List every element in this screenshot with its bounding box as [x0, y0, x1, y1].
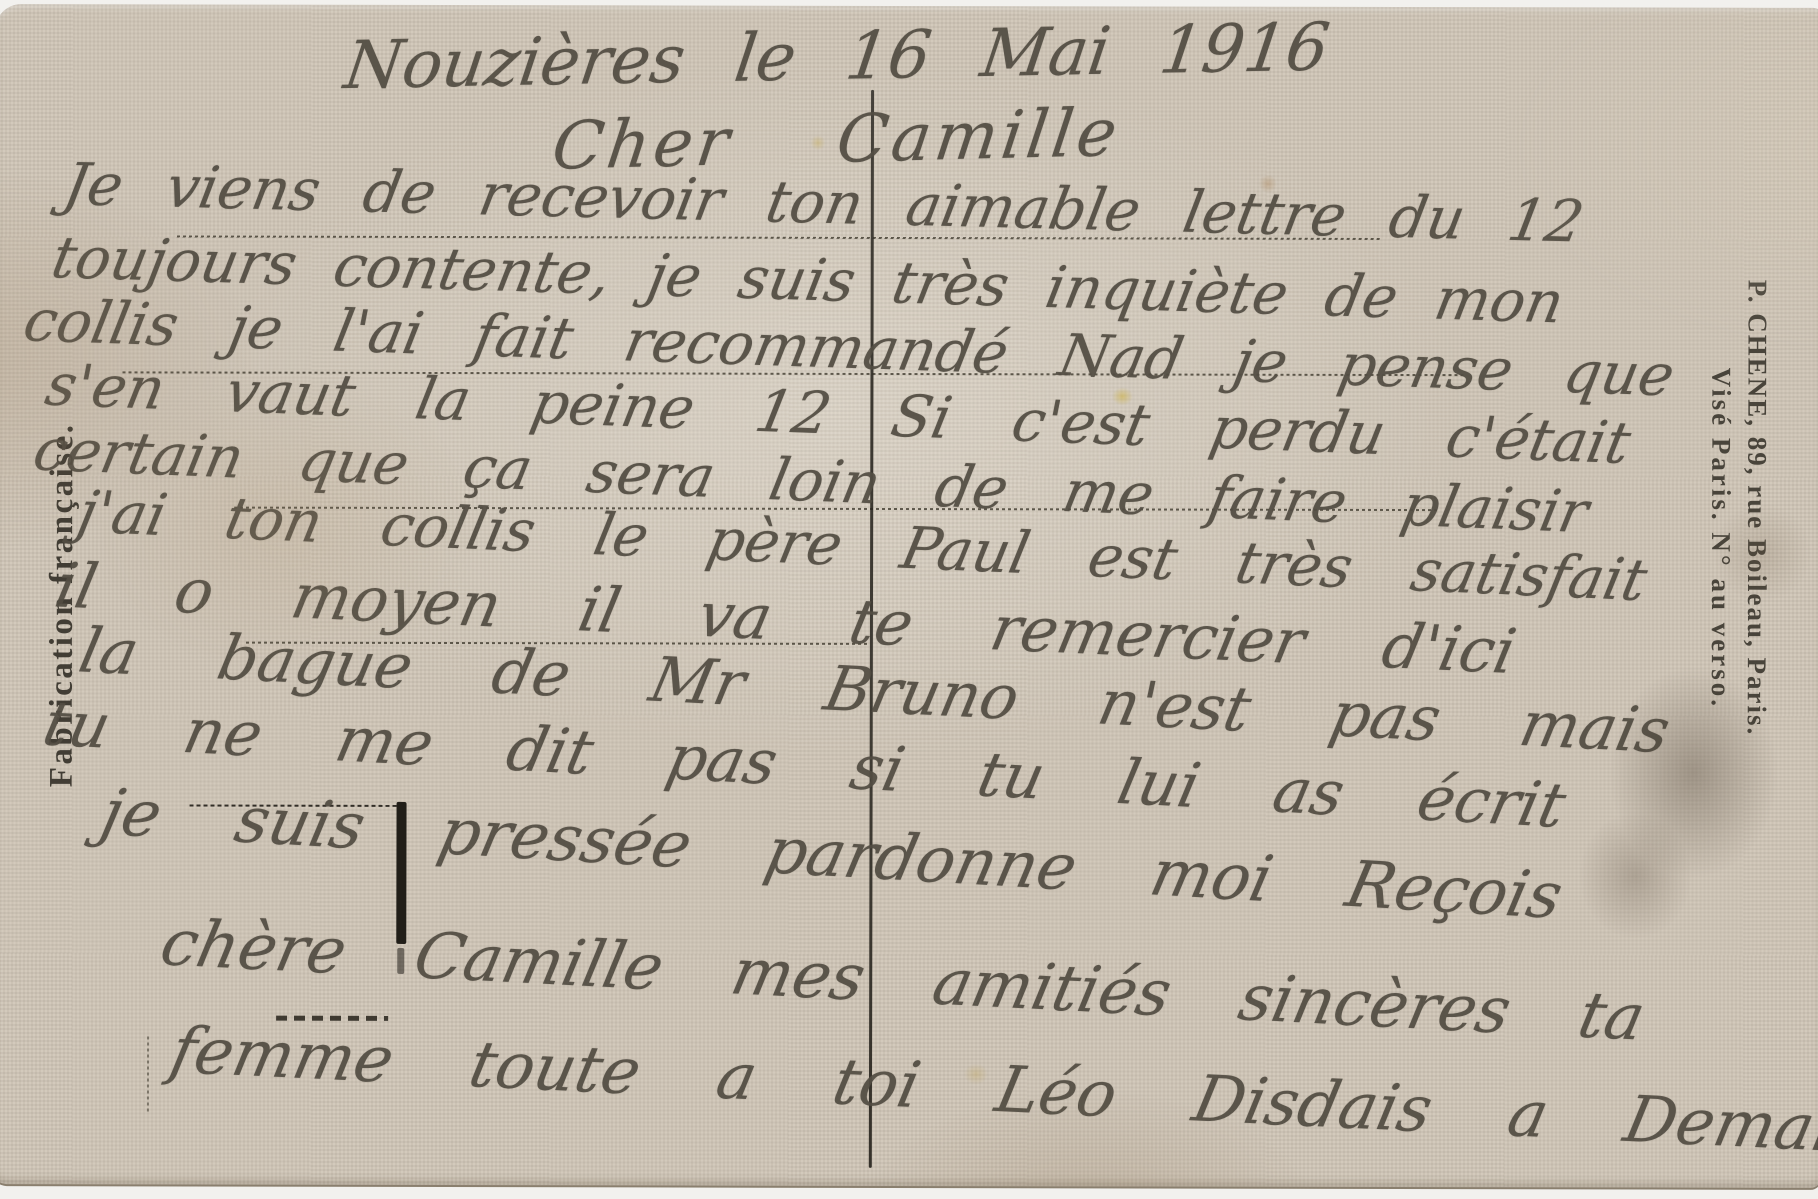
publisher-line2: Visé Paris. N° au verso. — [1703, 280, 1740, 737]
postcard-back: Fabrication française. P. CHENE, 89, rue… — [0, 4, 1818, 1188]
printed-publisher-text: P. CHENE, 89, rue Boileau, Paris. Visé P… — [1703, 280, 1776, 737]
postcard-photo: Fabrication française. P. CHENE, 89, rue… — [0, 0, 1818, 1199]
publisher-line1: P. CHENE, 89, rue Boileau, Paris. — [1742, 280, 1773, 737]
stamp-box-dotted-left — [147, 1036, 149, 1112]
handwritten-dateline: Nouzières le 16 Mai 1916 — [340, 8, 1334, 104]
